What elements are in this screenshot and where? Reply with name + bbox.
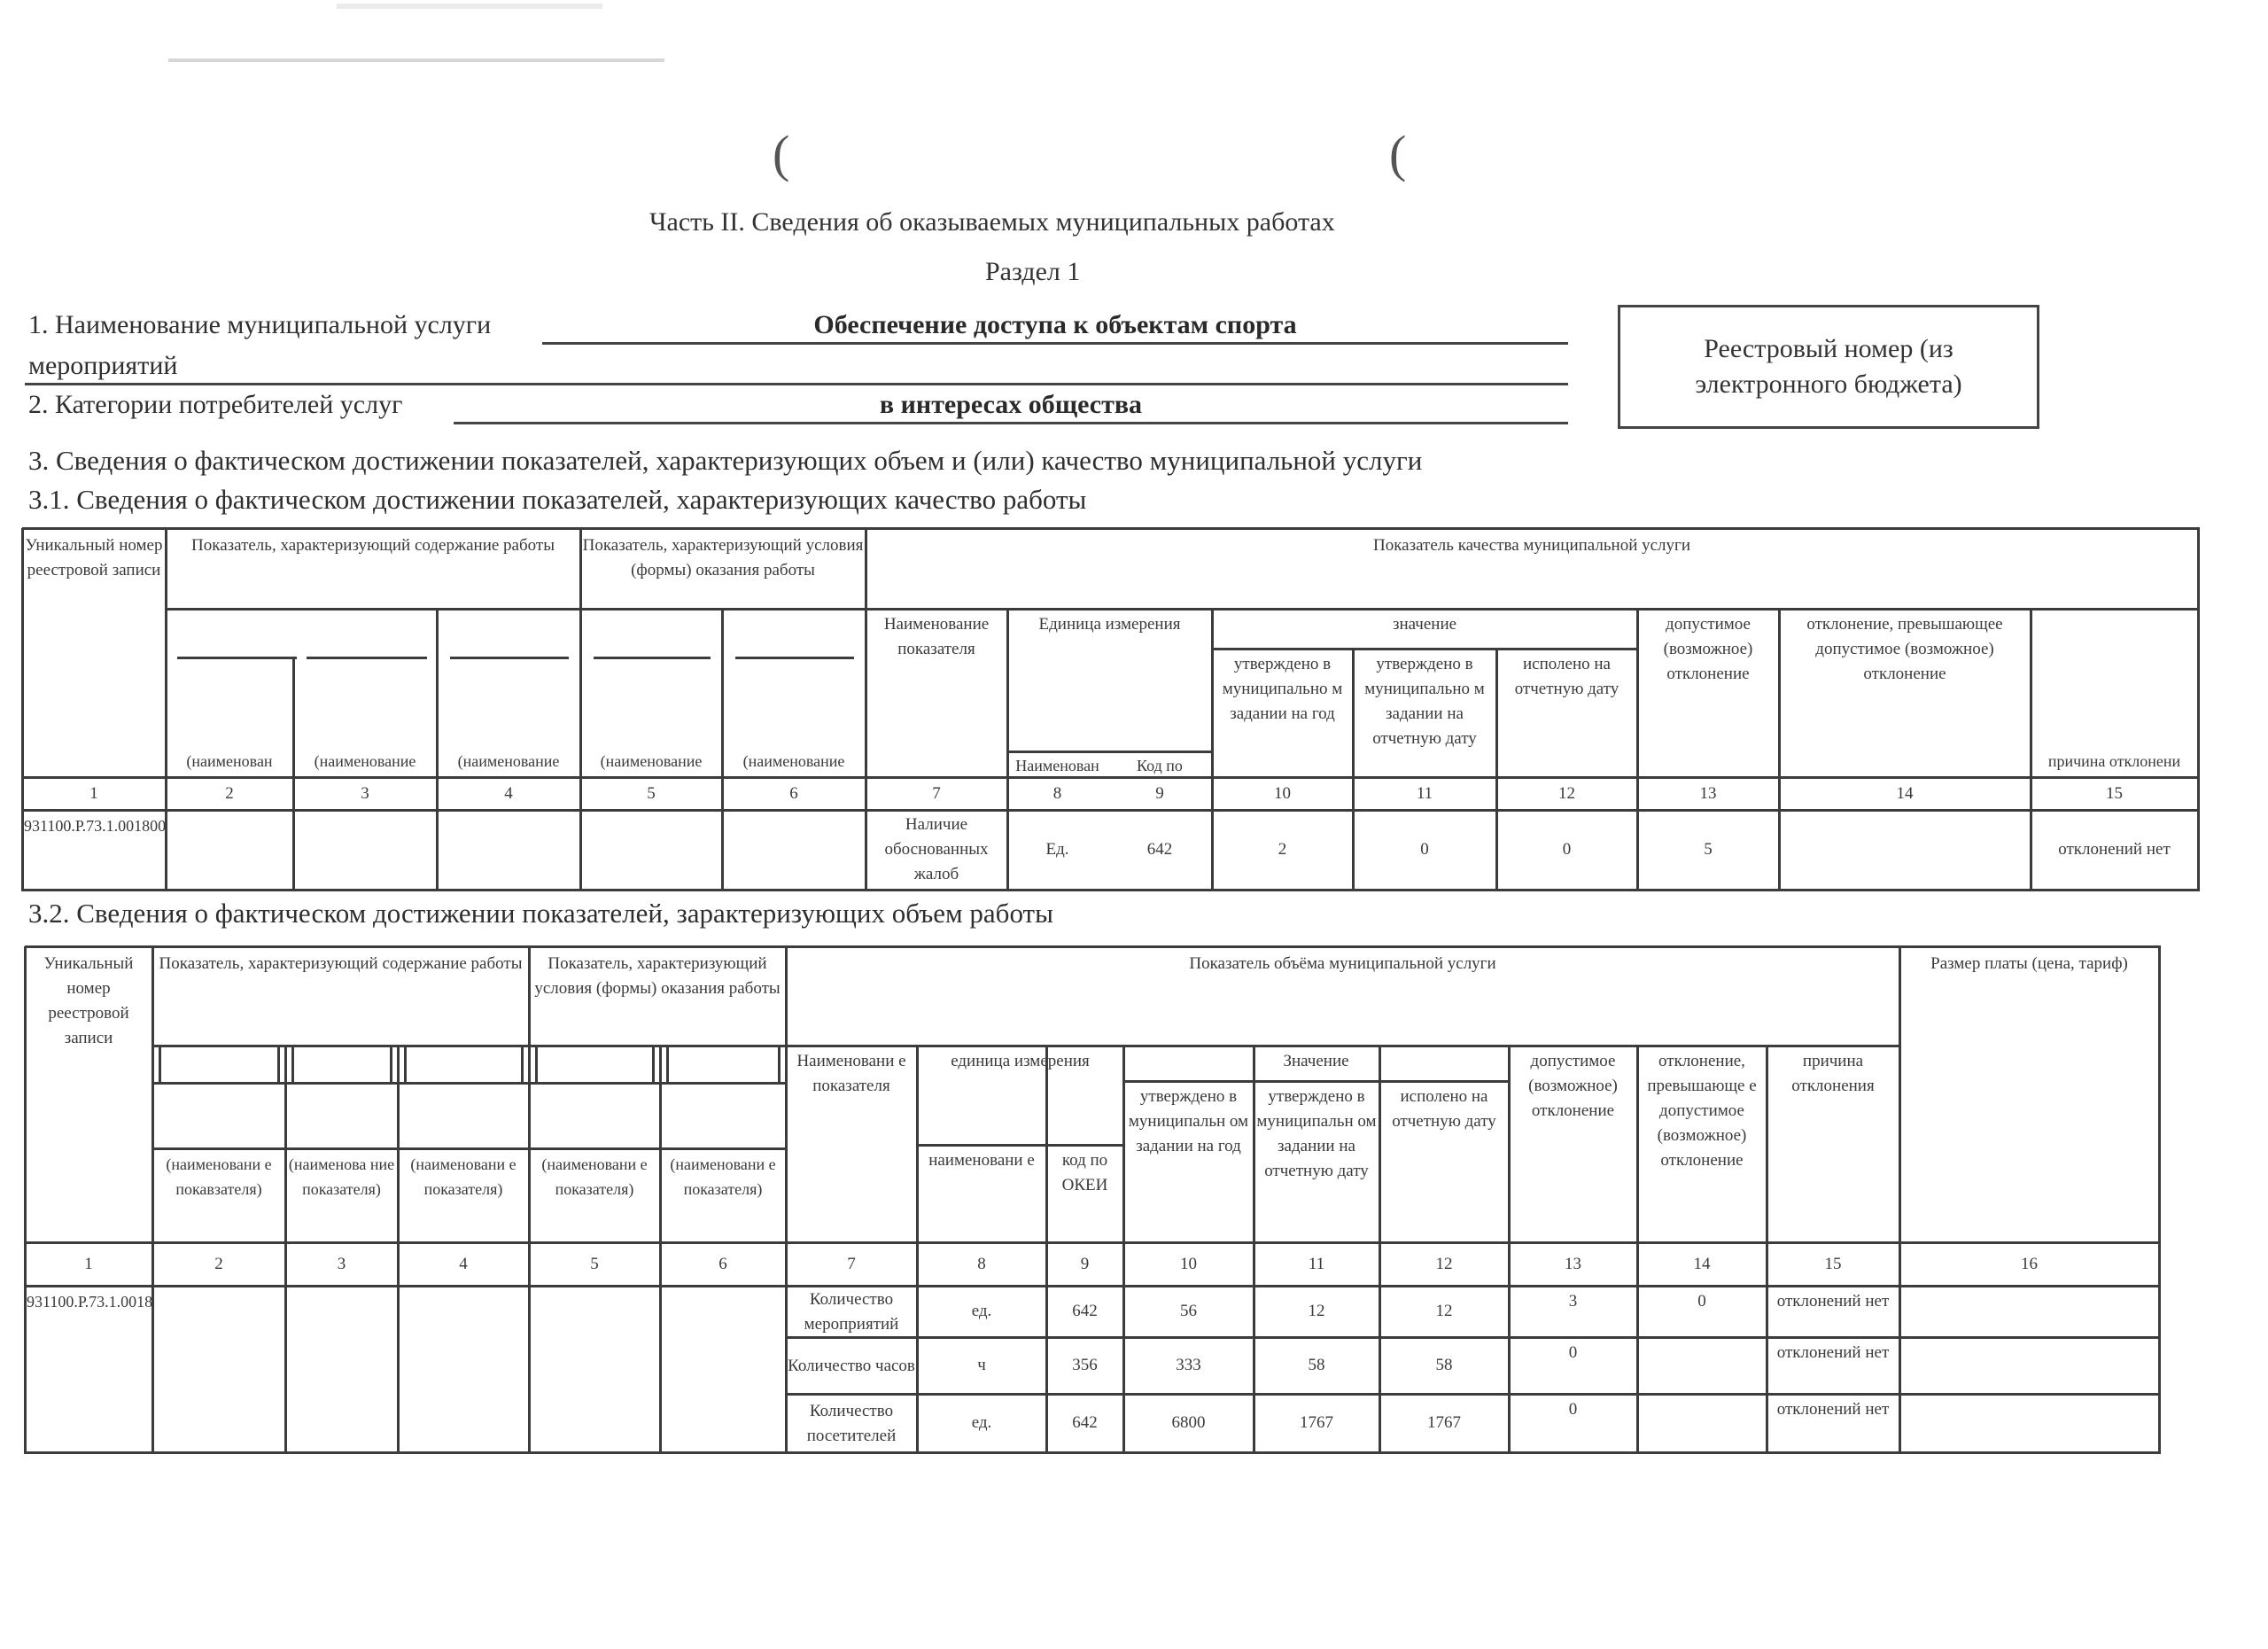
service-name-continuation: мероприятий <box>28 351 177 381</box>
col-header-content-indicator: Показатель, характеризующий содержание р… <box>166 532 580 609</box>
col-header-approved-year: утверждено в муниципальн ом задании на г… <box>1123 1083 1254 1242</box>
col-header-unit-code: Код по <box>1107 751 1212 777</box>
col-header-volume-indicator: Показатель объёма муниципальной услуги <box>786 950 1899 1046</box>
cell-unit-name: ед. <box>917 1286 1046 1337</box>
heading-3-1: 3.1. Сведения о фактическом достижении п… <box>28 484 1086 516</box>
paren-right: ( <box>1389 124 1406 183</box>
col-header-executed: исполено на отчетную дату <box>1496 650 1637 777</box>
table-rule <box>277 1046 280 1085</box>
col-header-value: Значение <box>1123 1047 1509 1081</box>
column-number: 1 <box>22 777 166 810</box>
column-number: 8 <box>1007 777 1107 810</box>
col-header-unit-code: код по ОКЕИ <box>1046 1147 1123 1242</box>
consumers-label: 2. Категории потребителей услуг <box>28 390 452 420</box>
table-rule <box>284 1046 287 1085</box>
cell-executed: 1767 <box>1379 1394 1509 1452</box>
cell-allowed-deviation: 0 <box>1509 1339 1637 1394</box>
column-number: 3 <box>285 1242 398 1286</box>
cell-indicator-name: Количество мероприятий <box>786 1287 917 1337</box>
col-header-approved-year: утверждено в муниципально м задании на г… <box>1212 650 1353 777</box>
column-number: 8 <box>917 1242 1046 1286</box>
cell-executed: 12 <box>1379 1286 1509 1337</box>
column-number: 16 <box>1899 1242 2159 1286</box>
col-header-sub-name: (наименовани е покавзателя) <box>152 1150 285 1242</box>
column-number: 2 <box>152 1242 285 1286</box>
registry-number-box: Реестровый номер (из электронного бюджет… <box>1618 305 2039 429</box>
cell-exceeding-deviation: 0 <box>1637 1287 1767 1337</box>
col-header-unique-number: Уникальный номер реестровой записи <box>22 532 166 777</box>
column-number: 1 <box>25 1242 152 1286</box>
col-header-reason: причина отклонени <box>2031 609 2198 775</box>
table-rule <box>652 1046 655 1085</box>
col-header-unit: единица измерения <box>917 1047 1123 1145</box>
cell-approved-year: 6800 <box>1123 1394 1254 1452</box>
column-number: 15 <box>2031 777 2198 810</box>
cell-unit-name: Ед. <box>1007 810 1107 890</box>
cell-unit-name: ед. <box>917 1394 1046 1452</box>
cell-fee <box>1899 1394 2159 1452</box>
cell-executed: 0 <box>1496 810 1637 890</box>
col-header-conditions-indicator: Показатель, характеризующий условия (фор… <box>529 950 786 1046</box>
col-header-sub-name: (наименование <box>437 609 580 775</box>
table-rule <box>25 945 2161 948</box>
cell-indicator-name: Наличие обоснованных жалоб <box>866 810 1007 890</box>
cell-unit-code: 356 <box>1046 1337 1123 1394</box>
cell-indicator-name: Количество посетителей <box>786 1396 917 1452</box>
scan-artifact <box>168 58 664 62</box>
column-number: 13 <box>1637 777 1779 810</box>
col-header-allowed-deviation: допустимое (возможное) отклонение <box>1509 1047 1637 1242</box>
table-rule <box>521 1046 524 1085</box>
registry-box-line2: электронного бюджета) <box>1695 367 1961 402</box>
column-number: 6 <box>722 777 866 810</box>
column-number: 9 <box>1046 1242 1123 1286</box>
column-number: 14 <box>1779 777 2031 810</box>
table-rule <box>152 1082 788 1085</box>
part-title: Часть II. Сведения об оказываемых муници… <box>649 207 1335 237</box>
col-header-exceeding-deviation: отклонение, превышающее допустимое (возм… <box>1779 611 2031 777</box>
column-number: 13 <box>1509 1242 1637 1286</box>
section-title: Раздел 1 <box>985 257 1080 287</box>
column-number: 12 <box>1379 1242 1509 1286</box>
table-rule <box>404 1046 407 1085</box>
col-header-quality-indicator: Показатель качества муниципальной услуги <box>866 532 2198 609</box>
col-header-sub-name: (наименован <box>166 609 293 775</box>
col-header-exceeding-deviation: отклонение, превышающе е допустимое (воз… <box>1637 1047 1767 1242</box>
col-header-value: значение <box>1212 611 1637 649</box>
cell-exceeding-deviation <box>1637 1396 1767 1452</box>
table-rule <box>659 1046 662 1085</box>
cell-exceeding-deviation <box>1637 1339 1767 1394</box>
column-number: 5 <box>580 777 722 810</box>
col-header-indicator-name: Наименовани е показателя <box>786 1047 917 1242</box>
col-header-unit-name: Наименован <box>1007 751 1107 777</box>
col-header-fee: Размер платы (цена, тариф) <box>1899 950 2159 1242</box>
cell-fee <box>1899 1337 2159 1394</box>
col-header-sub-name: (наименовани е показателя) <box>529 1150 660 1242</box>
registry-box-line1: Реестровый номер (из <box>1695 331 1961 367</box>
col-header-allowed-deviation: допустимое (возможное) отклонение <box>1637 611 1779 777</box>
cell-unit-code: 642 <box>1046 1286 1123 1337</box>
col-header-sub-name: (наименование <box>722 609 866 775</box>
cell-approved-year: 333 <box>1123 1337 1254 1394</box>
table-rule <box>666 1046 669 1085</box>
col-header-approved-date: утверждено в муниципальн ом задании на о… <box>1254 1083 1379 1242</box>
cell-indicator-name: Количество часов <box>786 1339 917 1394</box>
cell-approved-year: 56 <box>1123 1286 1254 1337</box>
cell-unit-code: 642 <box>1107 810 1212 890</box>
column-number: 15 <box>1767 1242 1899 1286</box>
col-header-content-indicator: Показатель, характеризующий содержание р… <box>152 950 529 1046</box>
column-number: 4 <box>398 1242 529 1286</box>
table-rule <box>291 1046 294 1085</box>
cell-executed: 58 <box>1379 1337 1509 1394</box>
col-header-unique-number: Уникальный номер реестровой записи <box>25 950 152 1242</box>
col-header-reason: причина отклонения <box>1767 1047 1899 1242</box>
cell-approved-date: 12 <box>1254 1286 1379 1337</box>
column-number: 12 <box>1496 777 1637 810</box>
cell-reason: отклонений нет <box>2031 810 2198 890</box>
column-number: 7 <box>786 1242 917 1286</box>
service-name-underline <box>542 342 1568 345</box>
column-number: 3 <box>293 777 437 810</box>
col-header-indicator-name: Наименование показателя <box>866 611 1007 777</box>
col-header-sub-name: (наименование <box>293 609 437 775</box>
column-number: 11 <box>1254 1242 1379 1286</box>
service-name-label: 1. Наименование муниципальной услуги <box>28 310 540 340</box>
column-number: 14 <box>1637 1242 1767 1286</box>
scan-artifact <box>337 4 602 9</box>
cell-unit-name: ч <box>917 1337 1046 1394</box>
table-rule <box>159 1046 161 1085</box>
service-name-value: Обеспечение доступа к объектам спорта <box>542 310 1568 340</box>
col-header-conditions-indicator: Показатель, характеризующий условия (фор… <box>580 532 866 609</box>
cell-approved-year: 2 <box>1212 810 1353 890</box>
column-number: 10 <box>1212 777 1353 810</box>
cell-reason: отклонений нет <box>1767 1287 1899 1337</box>
table-rule <box>390 1046 392 1085</box>
cell-unique-number: 931100.Р.73.1.00180001000 <box>25 1287 152 1452</box>
cell-approved-date: 1767 <box>1254 1394 1379 1452</box>
table-rule <box>22 527 2200 530</box>
column-number: 5 <box>529 1242 660 1286</box>
heading-3-2: 3.2. Сведения о фактическом достижении п… <box>28 898 1053 930</box>
heading-3: 3. Сведения о фактическом достижении пок… <box>28 445 1422 477</box>
table-rule <box>535 1046 538 1085</box>
col-header-approved-date: утверждено в муниципально м задании на о… <box>1353 650 1496 777</box>
col-header-sub-name: (наименова ние показателя) <box>285 1150 398 1242</box>
cell-approved-date: 0 <box>1353 810 1496 890</box>
col-header-executed: исполено на отчетную дату <box>1379 1083 1509 1242</box>
consumers-underline <box>454 422 1568 424</box>
column-number: 10 <box>1123 1242 1254 1286</box>
table-rule <box>397 1046 400 1085</box>
cell-exceeding-deviation <box>1779 810 2031 890</box>
column-number: 9 <box>1107 777 1212 810</box>
cell-reason: отклонений нет <box>1767 1396 1899 1452</box>
column-number: 2 <box>166 777 293 810</box>
cell-allowed-deviation: 5 <box>1637 810 1779 890</box>
col-header-unit-name: наименовани е <box>917 1147 1046 1242</box>
service-name-underline-2 <box>25 383 1568 385</box>
cell-reason: отклонений нет <box>1767 1339 1899 1394</box>
column-number: 11 <box>1353 777 1496 810</box>
consumers-value: в интересах общества <box>454 390 1568 420</box>
column-number: 6 <box>660 1242 786 1286</box>
column-number: 4 <box>437 777 580 810</box>
col-header-sub-name: (наименовани е показателя) <box>660 1150 786 1242</box>
cell-fee <box>1899 1286 2159 1337</box>
cell-unit-code: 642 <box>1046 1394 1123 1452</box>
col-header-sub-name: (наименовани е показателя) <box>398 1150 529 1242</box>
cell-allowed-deviation: 0 <box>1509 1396 1637 1452</box>
col-header-unit: Единица измерения <box>1007 611 1212 751</box>
cell-approved-date: 58 <box>1254 1337 1379 1394</box>
column-number: 7 <box>866 777 1007 810</box>
col-header-sub-name: (наименование <box>580 609 722 775</box>
paren-left: ( <box>773 124 789 183</box>
cell-allowed-deviation: 3 <box>1509 1287 1637 1337</box>
table-rule <box>778 1046 781 1085</box>
cell-unique-number: 931100.Р.73.1.00180001000 <box>22 812 166 890</box>
